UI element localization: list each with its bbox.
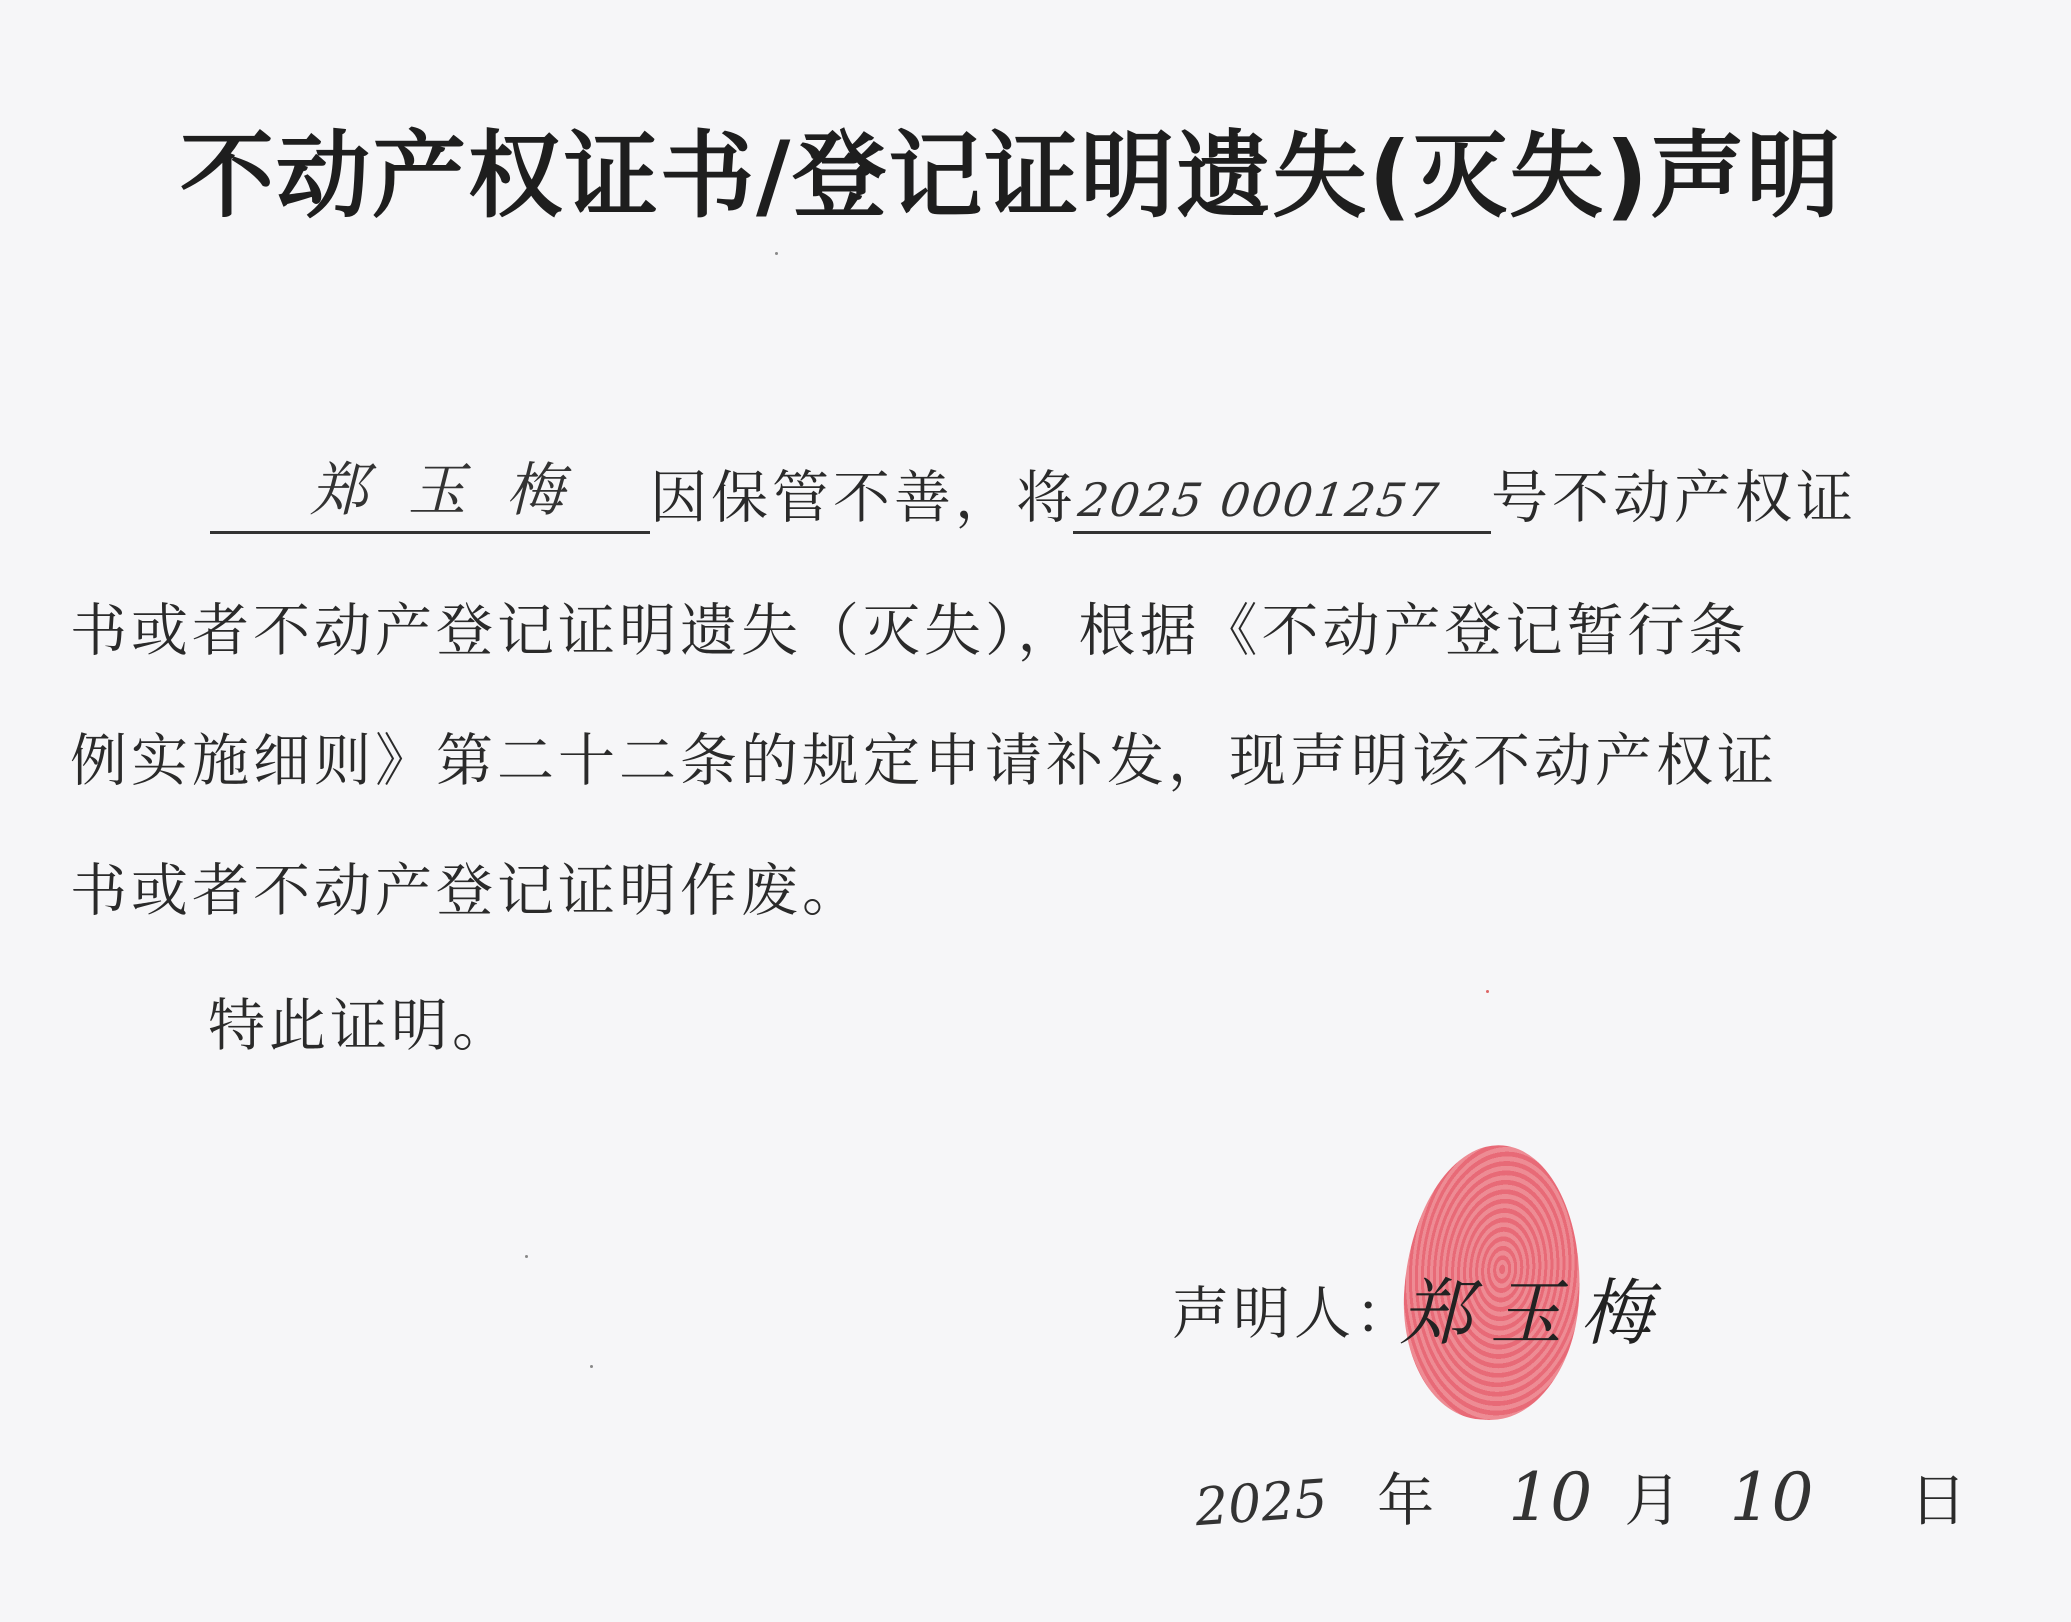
date-year-handwritten: 2025 [1193,1468,1347,1538]
certificate-number-blank: 2025 0001257 [1073,467,1491,534]
paragraph-line-2: 书或者不动产登记证明遗失（灭失），根据《不动产登记暂行条 [70,585,1750,667]
date-day-label: 日 [1910,1468,1967,1534]
paragraph-text-b: 号不动产权证 [1491,465,1857,531]
paragraph-line-4: 书或者不动产登记证明作废。 [70,845,863,927]
scan-speck [525,1255,528,1258]
declarant-name-blank: 郑玉梅 [210,467,650,534]
declarant-signature-handwritten: 郑玉梅 [1400,1255,1670,1359]
declarant-name-handwritten: 郑玉梅 [310,443,604,527]
paragraph-line-1: 郑玉梅 因保管不善，将 2025 0001257 号不动产权证 [210,452,1857,534]
date-year-label: 年 [1377,1468,1434,1534]
scan-speck [590,1365,593,1368]
paragraph-text-a: 因保管不善，将 [650,465,1077,531]
date-month-handwritten: 10 [1508,1459,1600,1536]
closing-statement: 特此证明。 [208,980,513,1062]
paragraph-line-3: 例实施细则》第二十二条的规定申请补发，现声明该不动产权证 [70,715,1778,797]
certificate-number-handwritten: 2025 0001257 [1075,473,1443,527]
scan-speck [1486,990,1489,993]
scan-speck [775,252,778,255]
document-title: 不动产权证书/登记证明遗失(灭失)声明 [180,100,1842,235]
declaration-date: 2025 年 10 月 10 日 [1195,1455,1967,1537]
date-day-handwritten: 10 [1730,1459,1830,1536]
declarant-label: 声明人： [1172,1268,1416,1350]
date-month-label: 月 [1624,1468,1681,1534]
